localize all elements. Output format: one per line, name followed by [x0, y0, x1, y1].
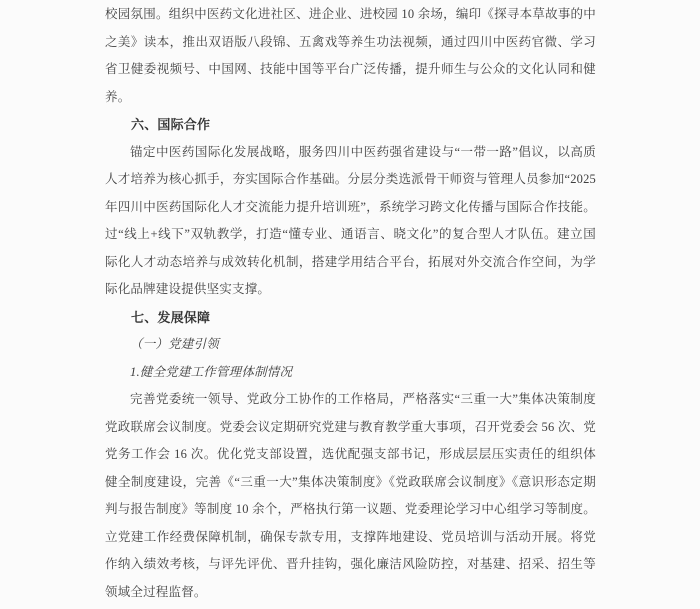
subheading-party-building-leadership: （一）党建引领 — [105, 331, 596, 359]
text-column: 校园氛围。组织中医药文化进社区、进企业、进校园 10 余场，编印《探寻本草故事的… — [105, 1, 596, 606]
text-line: 领域全过程监督。 — [105, 579, 596, 607]
text-line: 省卫健委视频号、中国网、技能中国等平台广泛传播，提升师生与公众的文化认同和健康素 — [105, 56, 596, 84]
text-line: 锚定中医药国际化发展战略，服务四川中医药强省建设与“一带一路”倡议，以高质量 — [105, 139, 596, 167]
text-line: 校园氛围。组织中医药文化进社区、进企业、进校园 10 余场，编印《探寻本草故事的… — [105, 1, 596, 29]
text-line: 人才培养为核心抓手，夯实国际合作基础。分层分类选派骨干师资与管理人员参加“202… — [105, 166, 596, 194]
text-line: 之美》读本，推出双语版八段锦、五禽戏等养生功法视频，通过四川中医药官微、学习强国… — [105, 29, 596, 57]
text-line: 际化品牌建设提供坚实支撑。 — [105, 276, 596, 304]
text-line: 完善党委统一领导、党政分工协作的工作格局，严格落实“三重一大”集体决策制度和 — [105, 386, 596, 414]
text-line: 作纳入绩效考核，与评先评优、晋升挂钩，强化廉洁风险防控，对基建、招采、招生等关键 — [105, 551, 596, 579]
text-line: 判与报告制度》等制度 10 余个，严格执行第一议题、党委理论学习中心组学习等制度… — [105, 496, 596, 524]
heading-section-7-development-support: 七、发展保障 — [105, 304, 596, 332]
text-line: 际化人才动态培养与成效转化机制，搭建学用结合平台，拓展对外交流合作空间，为学校国 — [105, 249, 596, 277]
document-page: 校园氛围。组织中医药文化进社区、进企业、进校园 10 余场，编印《探寻本草故事的… — [0, 0, 700, 609]
subheading-item-1-party-management-system: 1.健全党建工作管理体制情况 — [105, 359, 596, 387]
text-line: 养。 — [105, 84, 596, 112]
text-line: 党务工作会 16 次。优化党支部设置，选优配强支部书记，形成层层压实责任的组织体… — [105, 441, 596, 469]
text-line: 年四川中医药国际化人才交流能力提升培训班”，系统学习跨文化传播与国际合作技能。通 — [105, 194, 596, 222]
text-line: 党政联席会议制度。党委会议定期研究党建与教育教学重大事项，召开党委会 56 次、… — [105, 414, 596, 442]
text-line: 过“线上+线下”双轨教学，打造“懂专业、通语言、晓文化”的复合型人才队伍。建立国 — [105, 221, 596, 249]
heading-section-6-international-cooperation: 六、国际合作 — [105, 111, 596, 139]
text-line: 立党建工作经费保障机制，确保专款专用，支撑阵地建设、党员培训与活动开展。将党建工 — [105, 524, 596, 552]
text-line: 健全制度建设，完善《“三重一大”集体决策制度》《党政联席会议制度》《意识形态定期… — [105, 469, 596, 497]
